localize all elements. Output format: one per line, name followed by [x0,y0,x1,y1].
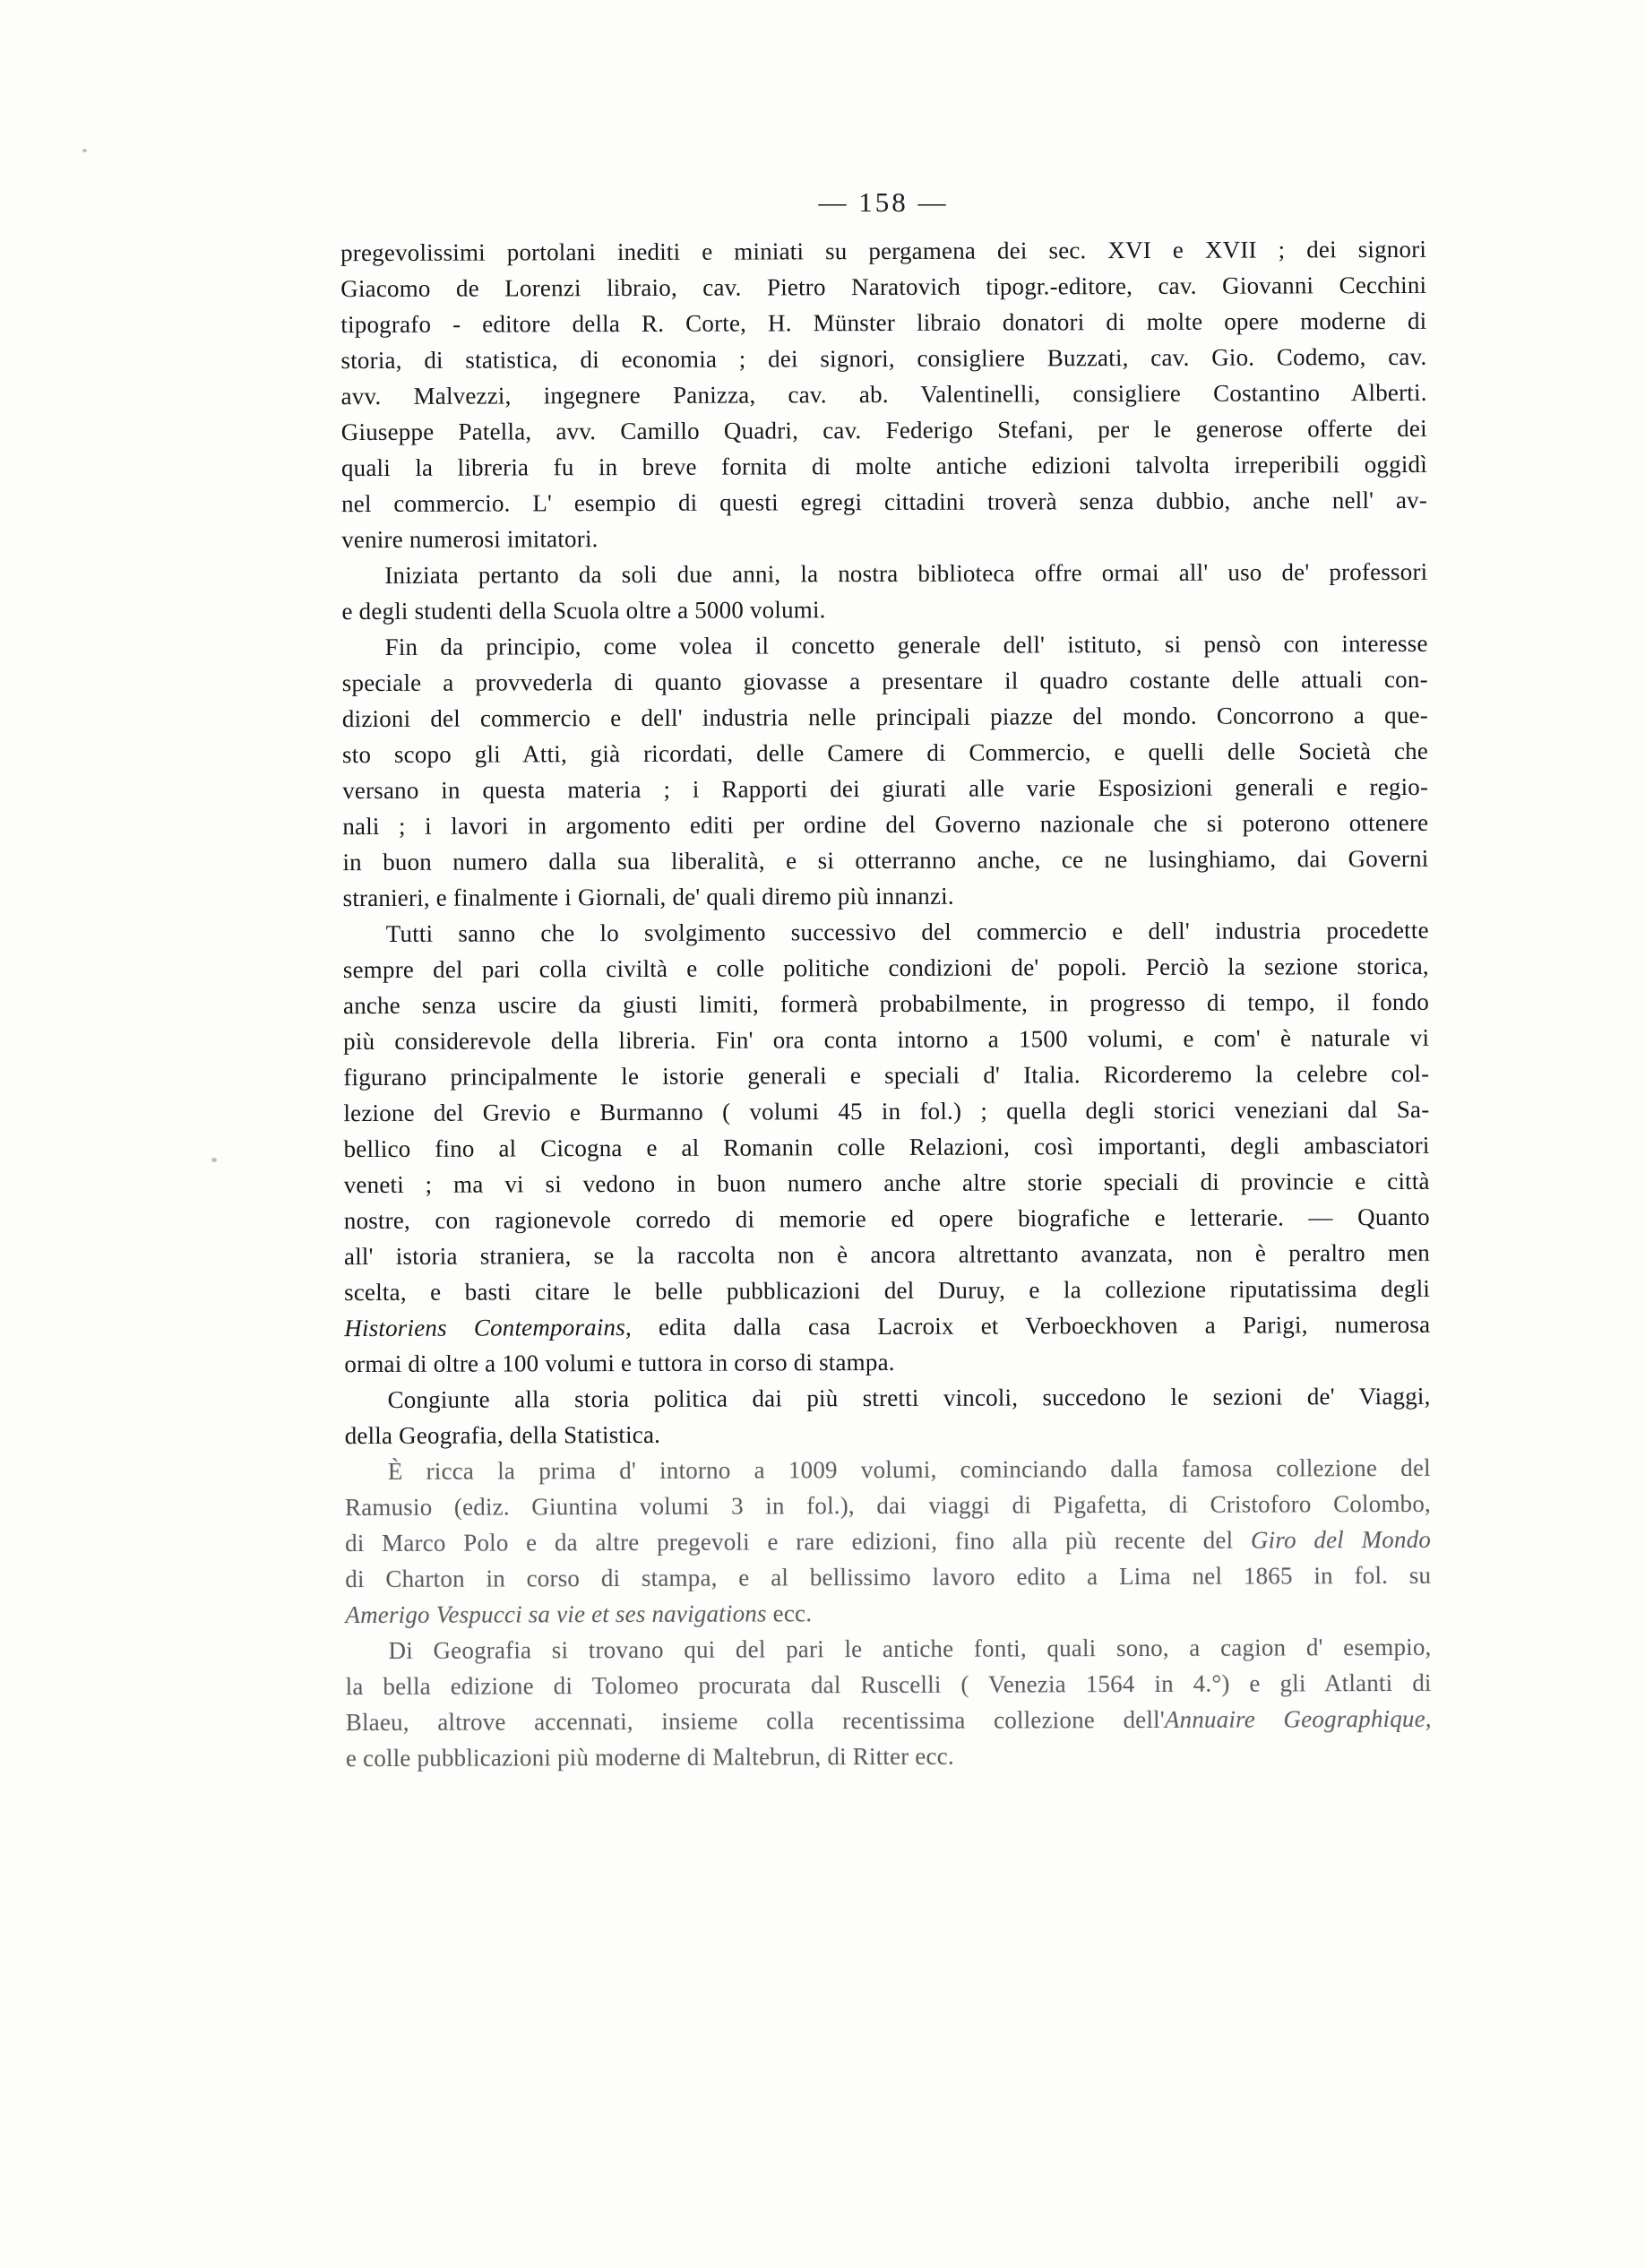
text-line: ormai di oltre a 100 volumi e tuttora in… [344,1342,1430,1382]
text-line: Giuseppe Patella, avv. Camillo Quadri, c… [341,410,1427,450]
text-line: stranieri, e finalmente i Giornali, de' … [343,876,1429,916]
text-segment: venire numerosi imitatori. [341,525,598,553]
text-line: più considerevole della libreria. Fin' o… [343,1020,1429,1059]
text-segment: Fin da principio, come volea il concetto… [385,630,1428,660]
text-line: nali ; i lavori in argomento editi per o… [342,805,1428,844]
text-segment: nel commercio. L' esempio di questi egre… [341,487,1427,517]
text-segment: Iniziata pertanto da soli due anni, la n… [384,558,1427,589]
text-line: bellico fino al Cicogna e al Romanin col… [343,1127,1429,1167]
text-line: la bella edizione di Tolomeo procurata d… [346,1665,1432,1704]
page-number: — 158 — [340,186,1426,219]
text-segment: edita dalla casa Lacroix et Verboeckhove… [632,1311,1430,1341]
italic-text-segment: Giro del Mondo [1251,1526,1431,1554]
text-segment: ecc. [767,1600,813,1626]
text-line: Tutti sanno che lo svolgimento successiv… [343,912,1429,952]
text-line: Historiens Contemporains, edita dalla ca… [344,1306,1430,1346]
text-line: Giacomo de Lorenzi libraio, cav. Pietro … [340,267,1426,306]
text-line: versano in questa materia ; i Rapporti d… [342,769,1428,808]
text-segment: Tutti sanno che lo svolgimento successiv… [386,917,1429,947]
italic-text-segment: Amerigo Vespucci sa vie et ses navigatio… [345,1600,766,1628]
text-line: della Geografia, della Statistica. [345,1414,1431,1453]
text-segment: storia, di statistica, di economia ; dei… [340,343,1426,374]
text-segment: sto scopo gli Atti, già ricordati, delle… [342,737,1428,768]
text-line: speciale a provvederla di quanto giovass… [342,661,1428,701]
text-segment: e degli studenti della Scuola oltre a 50… [341,596,825,625]
text-line: Congiunte alla storia politica dai più s… [344,1378,1430,1418]
text-line: di Charton in corso di stampa, e al bell… [345,1557,1431,1597]
text-segment: bellico fino al Cicogna e al Romanin col… [344,1132,1430,1162]
text-line: all' istoria straniera, se la raccolta n… [344,1235,1430,1274]
text-segment: più considerevole della libreria. Fin' o… [343,1024,1429,1055]
text-segment: Giacomo de Lorenzi libraio, cav. Pietro … [340,272,1426,302]
text-line: Amerigo Vespucci sa vie et ses navigatio… [345,1593,1431,1633]
text-segment: sempre del pari colla civiltà e colle po… [343,953,1429,983]
text-line: pregevolissimi portolani inediti e minia… [340,231,1426,271]
text-line: dizioni del commercio e dell' industria … [342,697,1428,737]
text-line: Di Geografia si trovano qui del pari le … [345,1629,1431,1669]
text-segment: ormai di oltre a 100 volumi e tuttora in… [344,1349,894,1377]
text-line: tipografo - editore della R. Corte, H. M… [340,303,1426,342]
text-line: nel commercio. L' esempio di questi egre… [341,482,1427,522]
text-segment: speciale a provvederla di quanto giovass… [342,666,1428,696]
text-segment: all' istoria straniera, se la raccolta n… [344,1239,1430,1270]
text-line: venire numerosi imitatori. [341,518,1427,557]
text-line: in buon numero dalla sua liberalità, e s… [342,841,1428,880]
text-segment: stranieri, e finalmente i Giornali, de' … [343,883,954,911]
text-line: di Marco Polo e da altre pregevoli e rar… [345,1522,1431,1561]
text-segment: di Marco Polo e da altre pregevoli e rar… [345,1527,1251,1557]
text-segment: e colle pubblicazioni più moderne di Mal… [346,1743,954,1772]
text-segment: Ramusio (ediz. Giuntina volumi 3 in fol.… [345,1490,1431,1521]
text-line: È ricca la prima d' intorno a 1009 volum… [345,1450,1431,1489]
text-segment: nali ; i lavori in argomento editi per o… [342,809,1428,840]
text-line: quali la libreria fu in breve fornita di… [341,446,1427,486]
text-line: Fin da principio, come volea il concetto… [342,625,1428,665]
text-segment: quali la libreria fu in breve fornita di… [341,451,1427,481]
text-line: Ramusio (ediz. Giuntina volumi 3 in fol.… [345,1486,1431,1525]
text-segment: anche senza uscire da giusti limiti, for… [343,988,1429,1019]
text-segment: È ricca la prima d' intorno a 1009 volum… [388,1454,1431,1485]
text-segment: scelta, e basti citare le belle pubblica… [344,1275,1430,1306]
text-segment: della Geografia, della Statistica. [345,1421,661,1449]
scanned-book-page: — 158 — pregevolissimi portolani inediti… [0,0,1645,2268]
text-segment: pregevolissimi portolani inediti e minia… [340,236,1426,266]
text-line: e degli studenti della Scuola oltre a 50… [341,590,1427,629]
text-segment: lezione del Grevio e Burmanno ( volumi 4… [343,1096,1429,1126]
text-block: pregevolissimi portolani inediti e minia… [340,231,1432,1776]
text-segment: Blaeu, altrove accennati, insieme colla … [346,1706,1165,1736]
text-segment: versano in questa materia ; i Rapporti d… [342,773,1428,804]
text-segment: dizioni del commercio e dell' industria … [342,702,1428,732]
text-segment: nostre, con ragionevole corredo di memor… [344,1203,1430,1234]
text-line: Iniziata pertanto da soli due anni, la n… [341,554,1427,593]
text-segment: di Charton in corso di stampa, e al bell… [345,1562,1431,1592]
text-segment: Congiunte alla storia politica dai più s… [387,1383,1430,1413]
text-line: sto scopo gli Atti, già ricordati, delle… [342,733,1428,772]
text-line: figurano principalmente le istorie gener… [343,1056,1429,1095]
text-line: lezione del Grevio e Burmanno ( volumi 4… [343,1091,1429,1131]
text-segment: Di Geografia si trovano qui del pari le … [388,1634,1431,1664]
text-segment: Giuseppe Patella, avv. Camillo Quadri, c… [341,415,1427,445]
scan-speck [82,149,87,152]
text-segment: in buon numero dalla sua liberalità, e s… [342,845,1428,875]
italic-text-segment: Historiens Contemporains, [344,1314,632,1341]
text-line: veneti ; ma vi si vedono in buon numero … [344,1163,1430,1203]
text-line: sempre del pari colla civiltà e colle po… [343,948,1429,987]
text-segment: la bella edizione di Tolomeo procurata d… [346,1669,1432,1700]
text-segment: avv. Malvezzi, ingegnere Panizza, cav. a… [341,379,1427,410]
text-segment: tipografo - editore della R. Corte, H. M… [340,307,1426,338]
text-line: nostre, con ragionevole corredo di memor… [344,1199,1430,1238]
text-line: avv. Malvezzi, ingegnere Panizza, cav. a… [341,375,1427,414]
italic-text-segment: Annuaire Geographique, [1165,1705,1432,1733]
text-segment: veneti ; ma vi si vedono in buon numero … [344,1168,1430,1198]
text-segment: figurano principalmente le istorie gener… [343,1060,1429,1091]
text-line: scelta, e basti citare le belle pubblica… [344,1271,1430,1310]
text-line: anche senza uscire da giusti limiti, for… [343,984,1429,1023]
scan-speck [211,1158,217,1162]
text-line: storia, di statistica, di economia ; dei… [340,339,1426,378]
text-line: Blaeu, altrove accennati, insieme colla … [346,1701,1432,1740]
text-line: e colle pubblicazioni più moderne di Mal… [346,1737,1432,1776]
